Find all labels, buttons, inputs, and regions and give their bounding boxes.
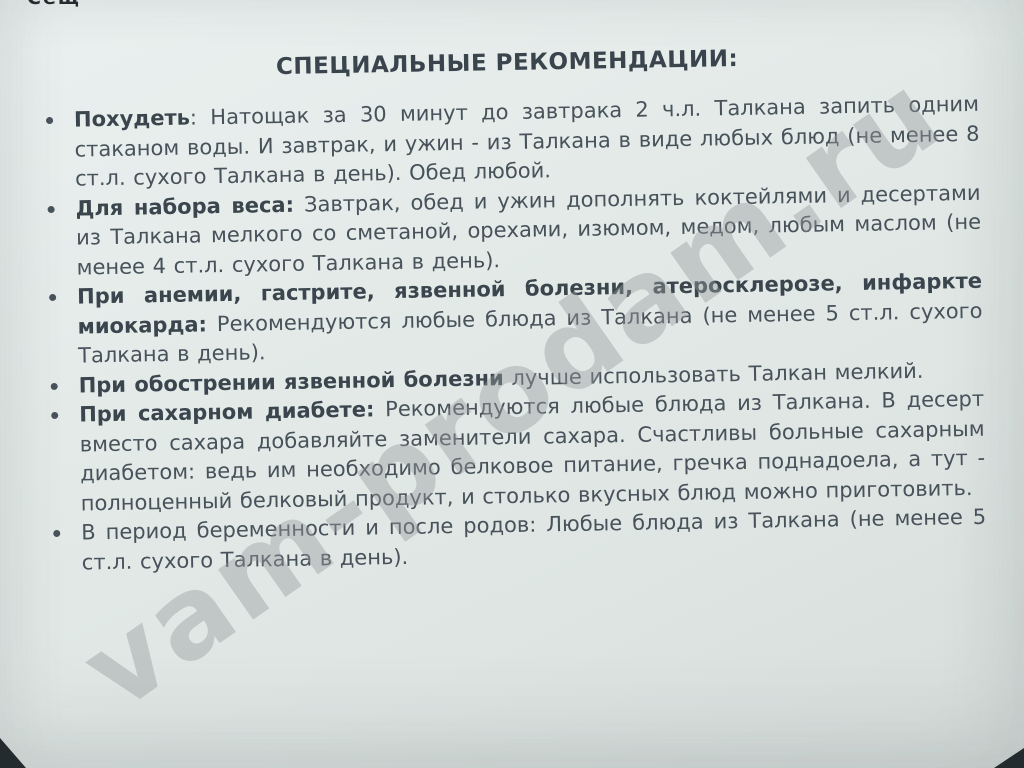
list-item-diabetes: При сахарном диабете: Рекомендуются любы… [42,385,986,519]
photo-corner-shadow-bottom-left [0,738,26,768]
bullet-dot-icon [46,117,53,124]
list-item-heading: При сахарном диабете: [79,397,375,426]
recommendations-list: Похудеть: Натощак за 30 минут до завтрак… [37,90,987,578]
document-page: СПЕЦИАЛЬНЫЕ РЕКОМЕНДАЦИИ: Похудеть: Нато… [36,42,987,578]
list-item-anemia: При анемии, гастрите, язвенной болезни, … [40,267,983,372]
list-item-weight-loss: Похудеть: Натощак за 30 минут до завтрак… [37,90,980,195]
photo-corner-shadow-bottom-right [994,748,1024,768]
list-item-heading: Для набора веса: [75,192,294,220]
bullet-dot-icon [51,412,58,419]
cut-off-text: Сещ [27,0,109,9]
bullet-dot-icon [49,294,56,301]
bullet-dot-icon [48,205,55,212]
bullet-dot-icon [53,530,60,537]
list-item-heading: При обострении язвенной болезни [78,366,503,397]
document-title: СПЕЦИАЛЬНЫЕ РЕКОМЕНДАЦИИ: [36,42,978,84]
list-item-heading: Похудеть [74,106,190,132]
list-item-text: : Натощак за 30 минут до завтрака 2 ч.л.… [74,92,979,191]
list-item-text: лучше использовать Талкан мелкий. [504,358,924,389]
bullet-dot-icon [51,382,58,389]
cut-off-text-fragment: Сещ [27,0,109,10]
list-item-weight-gain: Для набора веса: Завтрак, обед и ужин до… [38,178,981,283]
document-photo: Сещ СПЕЦИАЛЬНЫЕ РЕКОМЕНДАЦИИ: Похудеть: … [0,0,1024,768]
